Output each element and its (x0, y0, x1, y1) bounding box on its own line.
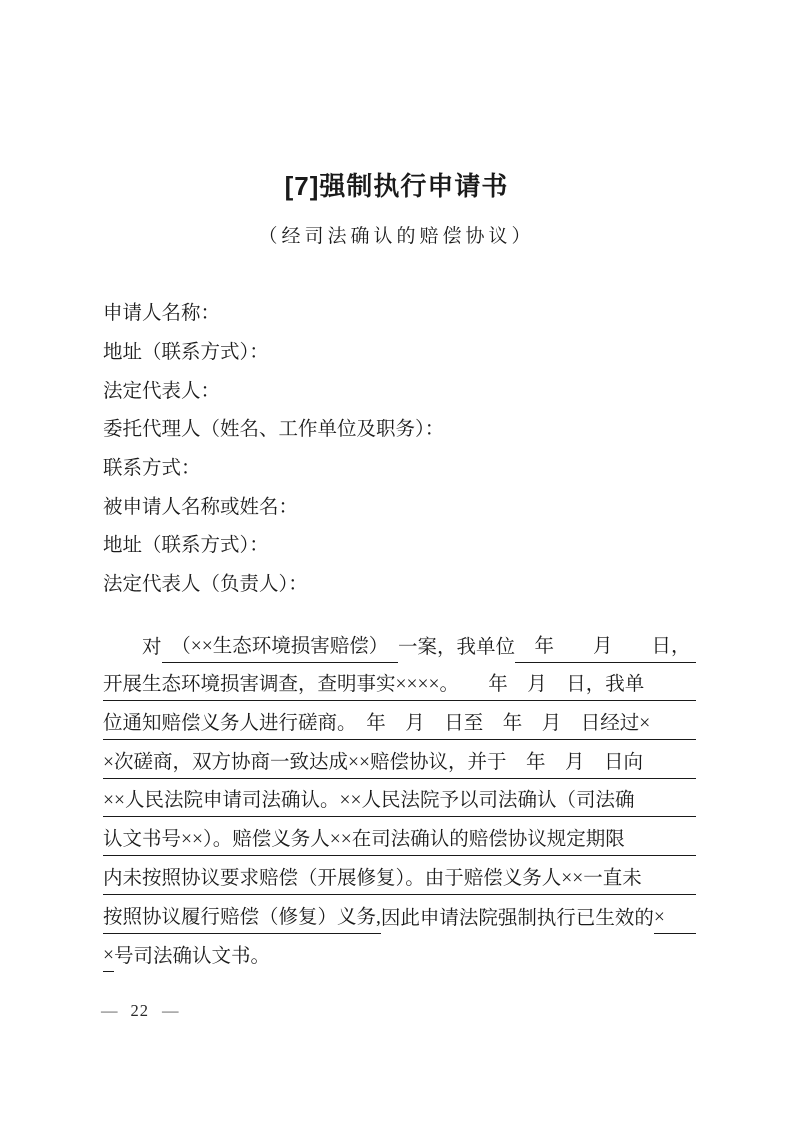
field-label-row: 被申请人名称或姓名： (103, 485, 696, 524)
field-label-row: 地址（联系方式）： (103, 331, 696, 370)
body-text: 因此申请法院强制执行已生效的 (381, 902, 654, 934)
party-info-section: 申请人名称：地址（联系方式）：法定代表人：委托代理人（姓名、工作单位及职务）：联… (103, 292, 696, 601)
field-label-row: 法定代表人（负责人）： (103, 563, 696, 602)
body-paragraph: 对 （××生态环境损害赔偿） 一案，我单位 年 月 日，开展生态环境损害调查，查… (103, 624, 696, 972)
body-text: 对 (142, 631, 162, 663)
field-label-row: 法定代表人： (103, 369, 696, 408)
field-label-row: 地址（联系方式）： (103, 524, 696, 563)
fill-in-blank-text: 按照协议履行赔偿（修复）义务, (103, 901, 381, 934)
fill-in-blank-text: ×次磋商，双方协商一致达成××赔偿协议，并于 年 月 日向 (103, 746, 696, 779)
body-line: ×号司法确认文书。 (103, 934, 696, 973)
body-line: 开展生态环境损害调查，查明事实××××。 年 月 日，我单 (103, 663, 696, 702)
field-label: 地址（联系方式）： (103, 529, 269, 557)
field-label-row: 申请人名称： (103, 292, 696, 331)
body-text: 一案，我单位 (398, 631, 515, 663)
fill-in-blank-text: 认文书号××）。赔偿义务人××在司法确认的赔偿协议规定期限 (103, 823, 696, 856)
fill-in-blank-text: 开展生态环境损害调查，查明事实××××。 年 月 日，我单 (103, 668, 696, 701)
footer-right-dash: — (162, 1001, 179, 1021)
body-line: ××人民法院申请司法确认。××人民法院予以司法确认（司法确 (103, 779, 696, 818)
body-line: 对 （××生态环境损害赔偿） 一案，我单位 年 月 日， (103, 624, 696, 663)
field-label: 被申请人名称或姓名： (103, 491, 298, 519)
field-label-row: 委托代理人（姓名、工作单位及职务）： (103, 408, 696, 447)
document-title: [7]强制执行申请书 (0, 170, 793, 202)
body-line: 内未按照协议要求赔偿（开展修复）。由于赔偿义务人××一直未 (103, 856, 696, 895)
field-label: 地址（联系方式）： (103, 336, 269, 364)
fill-in-blank-text: ××人民法院申请司法确认。××人民法院予以司法确认（司法确 (103, 784, 696, 817)
field-label: 法定代表人： (103, 375, 220, 403)
footer-left-dash: — (101, 1001, 118, 1021)
body-line: ×次磋商，双方协商一致达成××赔偿协议，并于 年 月 日向 (103, 740, 696, 779)
body-line: 按照协议履行赔偿（修复）义务,因此申请法院强制执行已生效的× (103, 895, 696, 934)
body-line: 认文书号××）。赔偿义务人××在司法确认的赔偿协议规定期限 (103, 817, 696, 856)
fill-in-blank-text: × (654, 907, 696, 934)
body-text: 号司法确认文书。 (114, 940, 270, 972)
fill-in-blank-text: （××生态环境损害赔偿） (162, 630, 399, 663)
field-label: 法定代表人（负责人）： (103, 568, 308, 596)
page-footer: — 22 — (101, 1000, 179, 1022)
field-label: 申请人名称： (103, 297, 220, 325)
field-label-row: 联系方式： (103, 447, 696, 486)
page-number: 22 (131, 1001, 150, 1021)
body-line: 位通知赔偿义务人进行磋商。 年 月 日至 年 月 日经过× (103, 701, 696, 740)
fill-in-blank-text: 位通知赔偿义务人进行磋商。 年 月 日至 年 月 日经过× (103, 707, 696, 740)
fill-in-blank-text: 内未按照协议要求赔偿（开展修复）。由于赔偿义务人××一直未 (103, 862, 696, 895)
fill-in-blank-text: × (103, 945, 114, 972)
fill-in-blank-text: 年 月 日， (515, 630, 696, 663)
document-page: [7]强制执行申请书 （经司法确认的赔偿协议） 申请人名称：地址（联系方式）：法… (0, 0, 793, 1122)
field-label: 委托代理人（姓名、工作单位及职务）： (103, 413, 444, 441)
field-label: 联系方式： (103, 452, 201, 480)
document-subtitle: （经司法确认的赔偿协议） (0, 224, 793, 250)
